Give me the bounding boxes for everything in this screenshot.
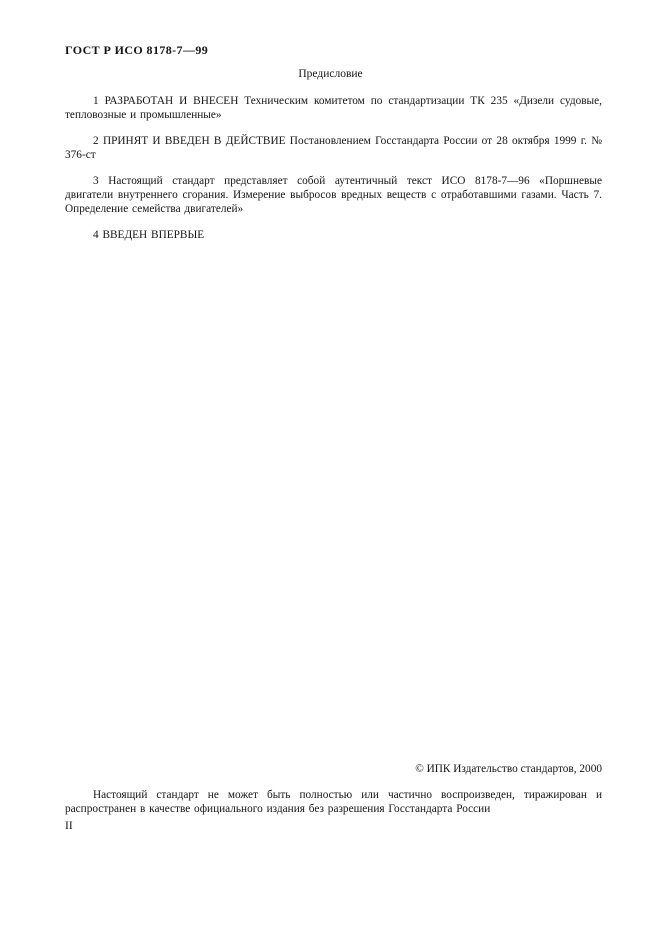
standard-designation: ГОСТ Р ИСО 8178-7—99 [65,43,208,58]
page-title: Предисловие [0,68,661,80]
reproduction-restriction-notice: Настоящий стандарт не может быть полност… [65,789,602,816]
document-page: ГОСТ Р ИСО 8178-7—99 Предисловие 1 РАЗРА… [0,0,661,936]
page-number: II [65,820,73,832]
preface-item-4: 4 ВВЕДЕН ВПЕРВЫЕ [65,229,602,243]
copyright-notice: © ИПК Издательство стандартов, 2000 [65,763,602,775]
preface-item-3: 3 Настоящий стандарт представляет собой … [65,175,602,216]
preface-item-2: 2 ПРИНЯТ И ВВЕДЕН В ДЕЙСТВИЕ Постановлен… [65,135,602,162]
preface-item-1: 1 РАЗРАБОТАН И ВНЕСЕН Техническим комите… [65,95,602,122]
preface-body: 1 РАЗРАБОТАН И ВНЕСЕН Техническим комите… [65,95,602,256]
